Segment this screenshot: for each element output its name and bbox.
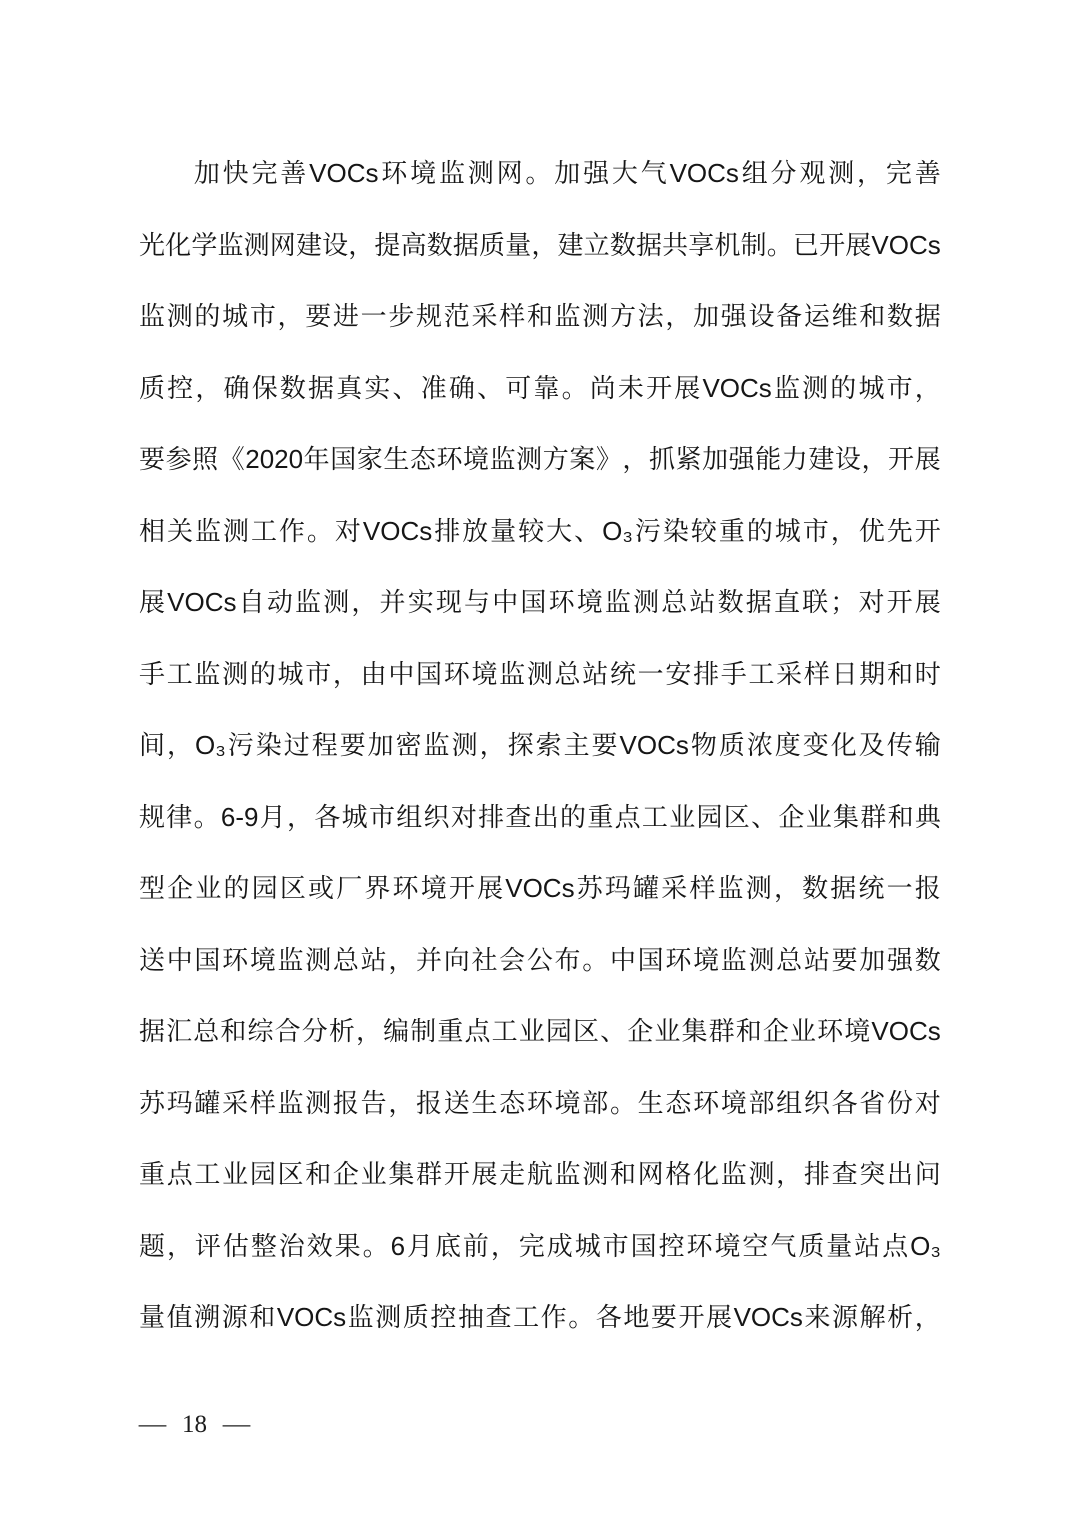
- text-line: 监测的城市，要进一步规范采样和监测方法，加强设备运维和数据: [139, 281, 941, 353]
- text-line: 送中国环境监测总站，并向社会公布。中国环境监测总站要加强数: [139, 925, 941, 997]
- text-line: 量值溯源和VOCs监测质控抽查工作。各地要开展VOCs来源解析，: [139, 1282, 941, 1354]
- page-number: 18: [182, 1411, 207, 1439]
- text-line: 光化学监测网建设，提高数据质量，建立数据共享机制。已开展VOCs: [139, 210, 941, 282]
- text-line: 手工监测的城市，由中国环境监测总站统一安排手工采样日期和时: [139, 639, 941, 711]
- text-line: 间，O₃污染过程要加密监测，探索主要VOCs物质浓度变化及传输: [139, 710, 941, 782]
- text-line: 展VOCs自动监测，并实现与中国环境监测总站数据直联；对开展: [139, 567, 941, 639]
- text-line: 重点工业园区和企业集群开展走航监测和网格化监测，排查突出问: [139, 1139, 941, 1211]
- text-line: 规律。6-9月，各城市组织对排查出的重点工业园区、企业集群和典: [139, 782, 941, 854]
- paragraph: 加快完善VOCs环境监测网。加强大气VOCs组分观测，完善 光化学监测网建设，提…: [139, 138, 941, 1354]
- text-line: 据汇总和综合分析，编制重点工业园区、企业集群和企业环境VOCs: [139, 996, 941, 1068]
- text-line: 相关监测工作。对VOCs排放量较大、O₃污染较重的城市，优先开: [139, 496, 941, 568]
- footer-dash-left: —: [139, 1411, 167, 1439]
- footer-dash-right: —: [223, 1411, 251, 1439]
- document-page: 加快完善VOCs环境监测网。加强大气VOCs组分观测，完善 光化学监测网建设，提…: [0, 0, 1080, 1527]
- page-footer: — 18 —: [140, 1406, 249, 1444]
- text-line: 要参照《2020年国家生态环境监测方案》，抓紧加强能力建设，开展: [139, 424, 941, 496]
- text-line: 加快完善VOCs环境监测网。加强大气VOCs组分观测，完善: [139, 138, 941, 210]
- text-line: 题，评估整治效果。6月底前，完成城市国控环境空气质量站点O₃: [139, 1211, 941, 1283]
- text-line: 型企业的园区或厂界环境开展VOCs苏玛罐采样监测，数据统一报: [139, 853, 941, 925]
- text-line: 苏玛罐采样监测报告，报送生态环境部。生态环境部组织各省份对: [139, 1068, 941, 1140]
- text-line: 质控，确保数据真实、准确、可靠。尚未开展VOCs监测的城市，: [139, 353, 941, 425]
